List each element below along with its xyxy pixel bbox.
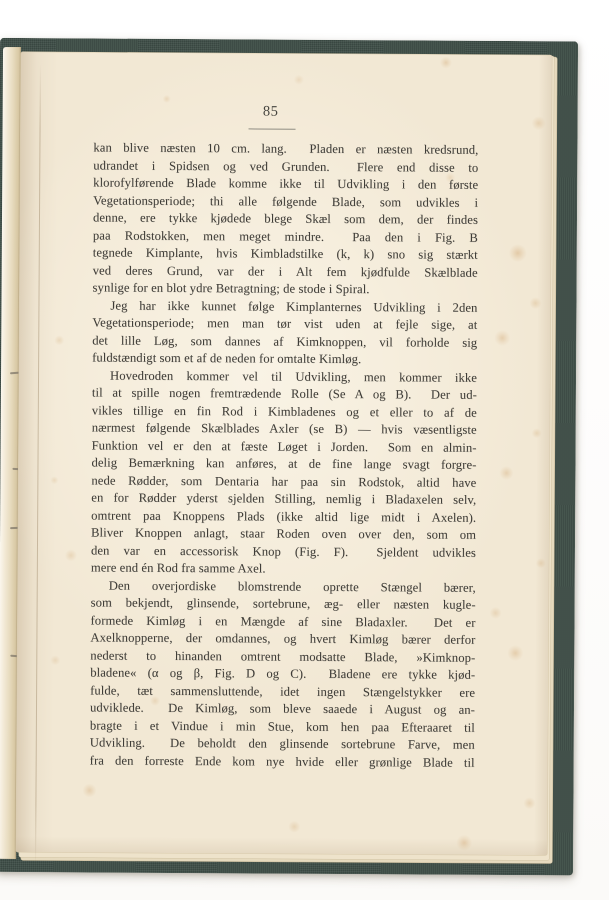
text-line: tegnede Kimplante, hvis Kimbladstilke (k…	[93, 244, 478, 264]
text-line: klorofylførende Blade komme ikke til Udv…	[93, 174, 478, 194]
text-line: denne, ere tykke kjødede blege Skæl som …	[93, 209, 478, 229]
text-block: kan blive næsten 10 cm. lang. Pladen er …	[90, 139, 479, 771]
paragraph: Jeg har ikke kunnet følge Kimplanternes …	[92, 297, 477, 369]
paragraph: kan blive næsten 10 cm. lang. Pladen er …	[93, 139, 479, 299]
book-cover: 85 kan blive næsten 10 cm. lang. Pladen …	[0, 38, 578, 876]
text-line: Udvikling. De beholdt den glinsende sort…	[90, 734, 475, 754]
text-line: synlige for en blot ydre Betragtning; de…	[93, 279, 478, 299]
text-line: Bliver Knoppen anlagt, staar Roden oven …	[91, 524, 476, 544]
page-number: 85	[221, 103, 321, 121]
text-line: Axelknopperne, der omdannes, og hvert Ki…	[90, 629, 475, 649]
text-line: bladene« (α og β, Fig. D og C). Bladene …	[90, 664, 475, 684]
text-line: fra den forreste Ende kom nye hvide elle…	[90, 752, 475, 772]
text-line: fuldstændigt som et af de neden for omta…	[92, 349, 477, 369]
text-line: udviklede. De Kimløg, som bleve saaede i…	[90, 699, 475, 719]
binding-stitch	[10, 372, 19, 375]
paragraph: Hovedroden kommer vel til Udvikling, men…	[91, 367, 477, 579]
text-line: Vegetationsperiode; men man tør vist ude…	[92, 314, 477, 334]
text-line: til at spille nogen fremtrædende Rolle (…	[92, 384, 477, 404]
text-line: delig Bemærkning kan anføres, at de fine…	[91, 454, 476, 474]
paragraph: Den overjordiske blomstrende oprette Stæ…	[90, 577, 476, 772]
text-line: som bekjendt, glinsende, sortebrune, æg-…	[91, 594, 476, 614]
photo-background: 85 kan blive næsten 10 cm. lang. Pladen …	[0, 0, 609, 900]
text-line: nærmest følgende Skælblades Axler (se B)…	[92, 419, 477, 439]
page-number-rule	[249, 128, 296, 129]
text-line: en for Rødder yderst sjelden Stilling, n…	[91, 489, 476, 509]
text-line: mere end én Rod fra samme Axel.	[91, 559, 476, 579]
book-page: 85 kan blive næsten 10 cm. lang. Pladen …	[16, 52, 552, 855]
text-line: kan blive næsten 10 cm. lang. Pladen er …	[93, 139, 478, 159]
gutter-crease	[35, 64, 41, 868]
